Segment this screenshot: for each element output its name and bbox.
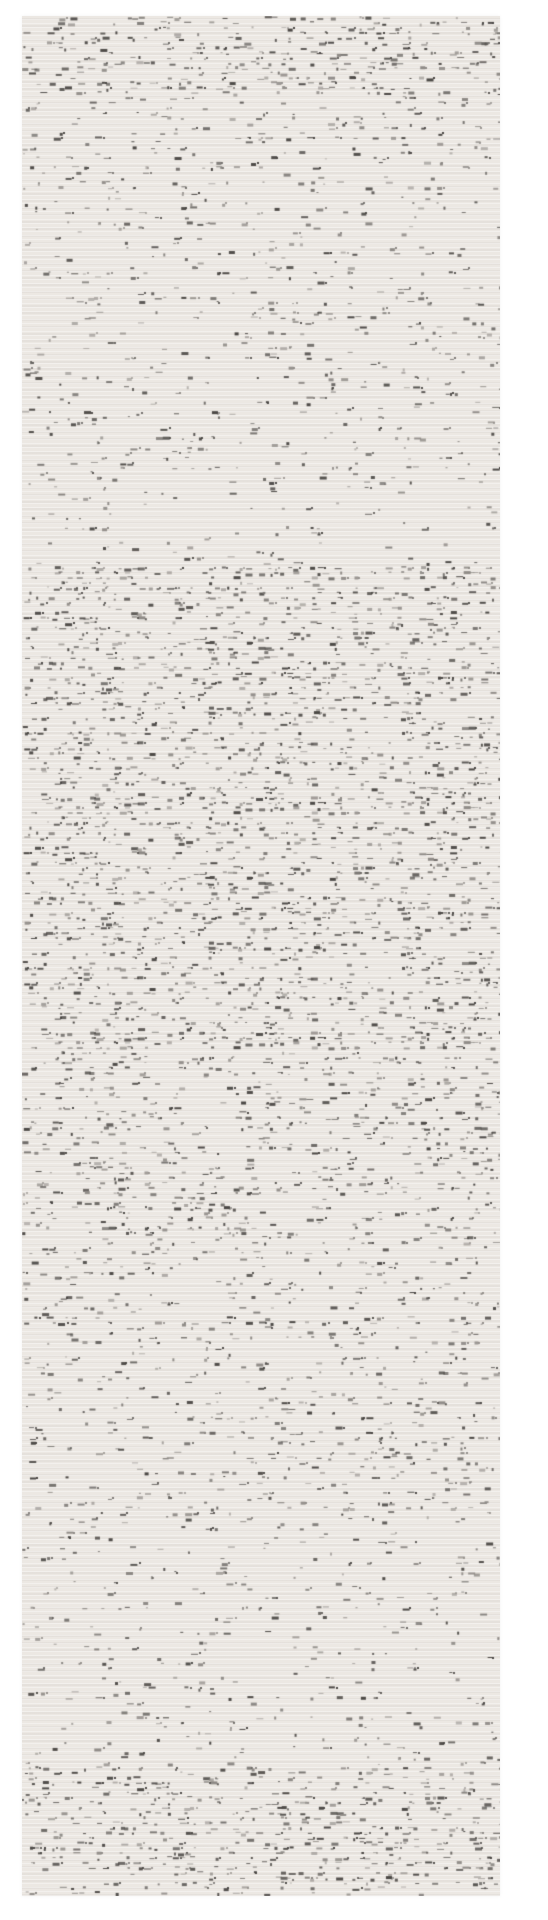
runner-rug (22, 16, 500, 1896)
rug-speckle-pattern (22, 16, 500, 1896)
